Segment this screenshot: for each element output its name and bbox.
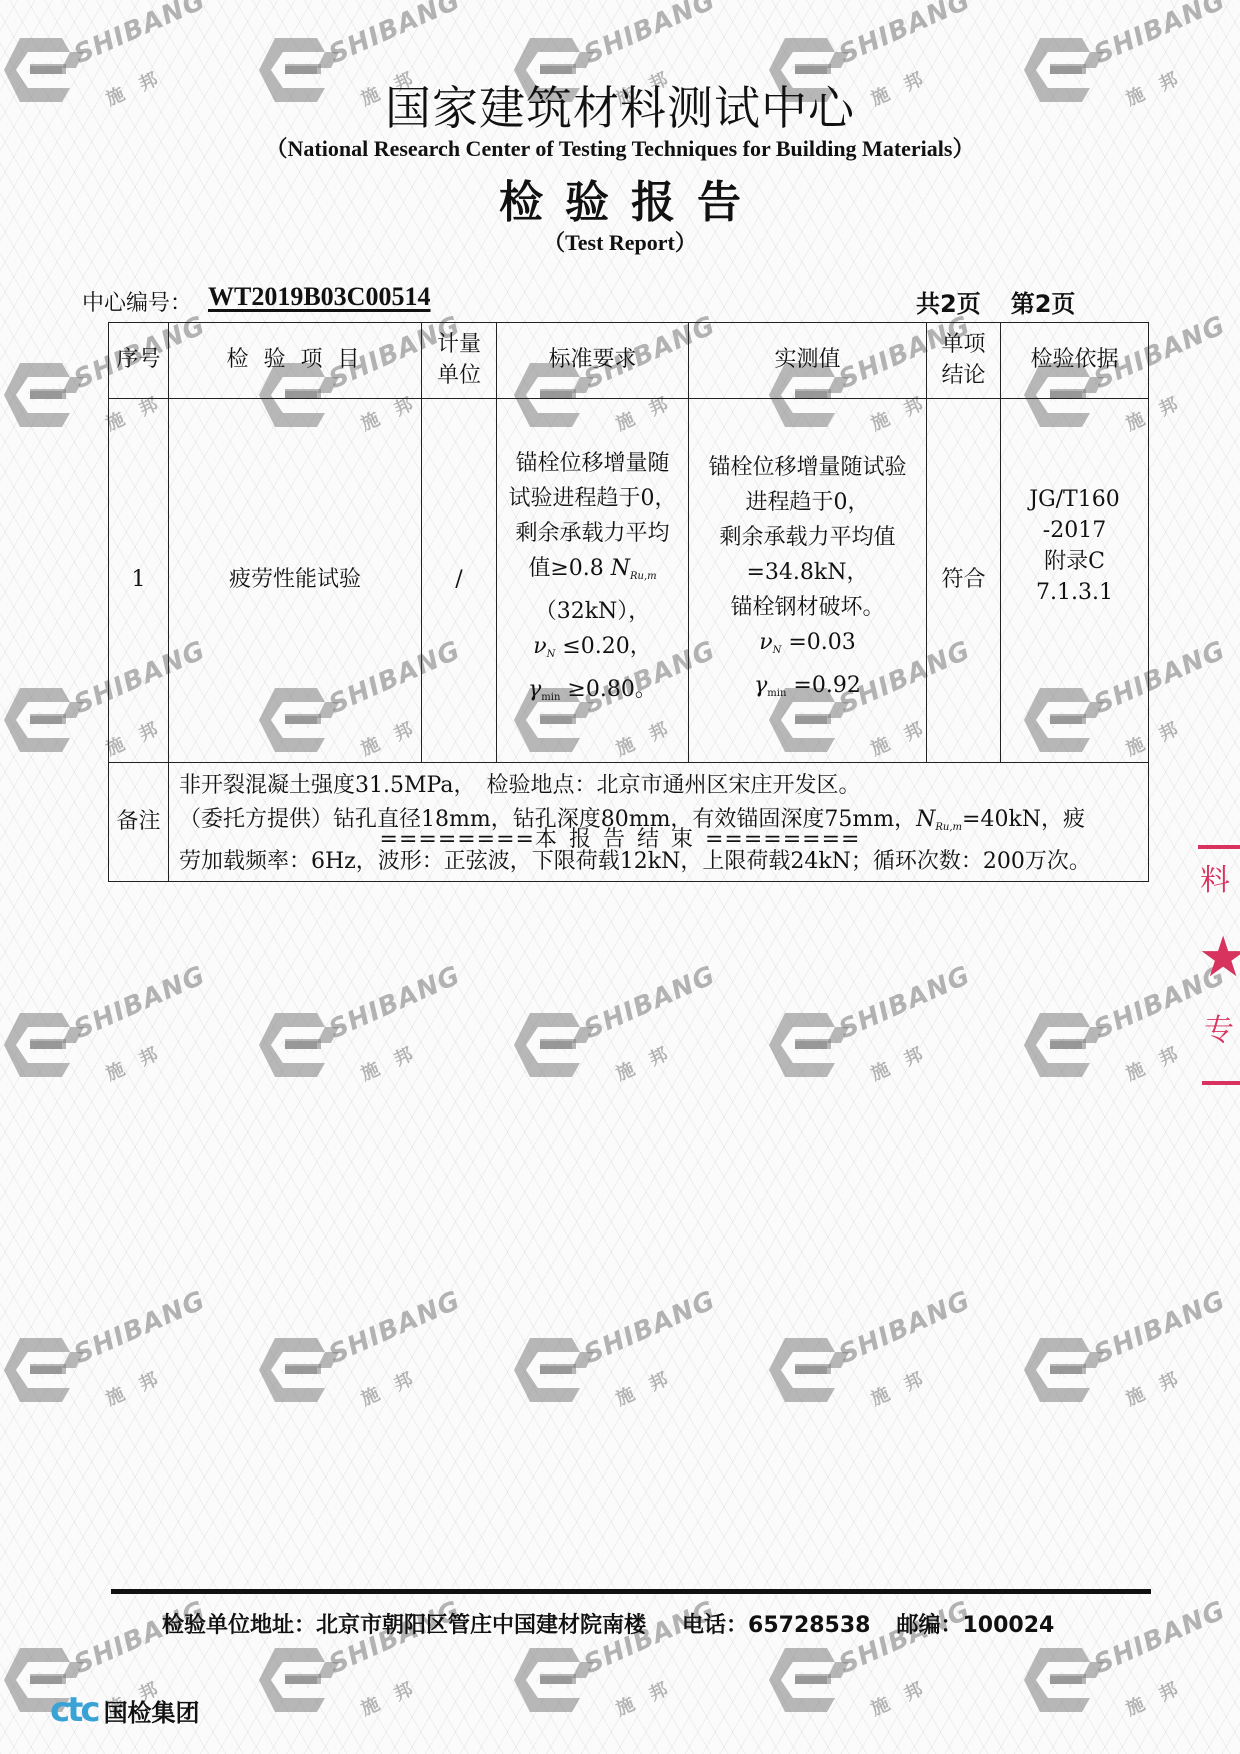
official-seal-stamp: 料 ★ 专 [1198,845,1240,1085]
header-measured: 实测值 [689,323,927,399]
stamp-arc-bottom [1202,1081,1240,1085]
footer-phone: 电话：65728538 [682,1613,870,1638]
report-title-en: （Test Report） [0,226,1240,257]
symbol-nu: ν [759,630,772,655]
stamp-text-bottom: 专 [1204,1005,1234,1049]
test-results-table: 序号 检 验 项 目 计量单位 标准要求 实测值 单项结论 检验依据 1 疲劳性… [108,322,1149,882]
header-conclusion: 单项结论 [927,323,1001,399]
end-marker-text: 本报告结束 [535,827,705,852]
cell-basis: JG/T160 -2017 附录C 7.1.3.1 [1001,399,1149,763]
footer-contact: 检验单位地址：北京市朝阳区管庄中国建材院南楼电话：65728538邮编：1000… [162,1608,1054,1639]
requirement-text: 值≥0.8 [528,556,610,581]
measured-line: 进程趋于0， [689,485,926,520]
symbol-n: N [611,556,630,581]
header-requirement: 标准要求 [497,323,689,399]
measured-line: =34.8kN， [689,555,926,590]
end-of-report-marker: ========本报告结束======== [0,822,1240,853]
header-unit-line1: 计量 [422,330,496,361]
cell-conclusion: 符合 [927,399,1001,763]
footer-postcode: 邮编：100024 [896,1613,1054,1638]
header-unit: 计量单位 [422,323,497,399]
measured-line: 锚栓钢材破坏。 [689,590,926,625]
requirement-line: 试验进程趋于0， [497,481,688,516]
cell-seq: 1 [109,399,169,763]
header-unit-line2: 单位 [422,361,496,392]
total-pages: 共2页 [916,290,981,318]
measured-line: νN =0.03 [689,625,926,668]
requirement-line: 剩余承载力平均 [497,516,688,551]
cell-measured: 锚栓位移增量随试验 进程趋于0， 剩余承载力平均值 =34.8kN， 锚栓钢材破… [689,399,927,763]
end-marker-left: ======== [380,827,535,852]
end-marker-right: ======== [705,827,860,852]
measured-text: =0.92 [786,673,860,698]
remarks-line: 非开裂混凝土强度31.5MPa， 检验地点：北京市通州区宋庄开发区。 [179,769,1142,803]
measured-line: 锚栓位移增量随试验 [689,450,926,485]
requirement-text: ≥0.80。 [560,677,656,702]
test-report-page: 国家建筑材料测试中心 （National Research Center of … [0,0,1240,1754]
requirement-line: νN ≤0.20， [497,629,688,672]
symbol-subscript: min [541,692,560,703]
basis-line: 附录C [1001,546,1148,577]
ctc-logo-icon: ctc [50,1690,98,1730]
header-basis: 检验依据 [1001,323,1149,399]
header-item: 检 验 项 目 [169,323,422,399]
header-seq: 序号 [109,323,169,399]
basis-line: 7.1.3.1 [1001,577,1148,608]
cell-unit: / [422,399,497,763]
ctc-logo-text: 国检集团 [104,1693,200,1728]
symbol-nu: ν [533,634,546,659]
stamp-star-icon: ★ [1198,925,1240,990]
basis-line: -2017 [1001,515,1148,546]
center-number: WT2019B03C00514 [208,282,430,312]
symbol-gamma: γ [528,677,541,702]
requirement-line: γmin ≥0.80。 [497,672,688,715]
requirement-text: ≤0.20， [555,634,651,659]
symbol-subscript: min [767,688,786,699]
footer-divider [111,1589,1151,1594]
table-row: 1 疲劳性能试验 / 锚栓位移增量随 试验进程趋于0， 剩余承载力平均 值≥0.… [109,399,1149,763]
basis-line: JG/T160 [1001,484,1148,515]
header-conclusion-line1: 单项 [927,330,1000,361]
table-header-row: 序号 检 验 项 目 计量单位 标准要求 实测值 单项结论 检验依据 [109,323,1149,399]
requirement-line: 锚栓位移增量随 [497,446,688,481]
center-number-label: 中心编号： [82,286,192,317]
header-conclusion-line2: 结论 [927,361,1000,392]
cell-requirement: 锚栓位移增量随 试验进程趋于0， 剩余承载力平均 值≥0.8 NRu,m （32… [497,399,689,763]
symbol-gamma: γ [754,673,767,698]
measured-text: =0.03 [781,630,855,655]
measured-line: 剩余承载力平均值 [689,520,926,555]
measured-line: γmin =0.92 [689,668,926,711]
cell-item: 疲劳性能试验 [169,399,422,763]
organization-title-en: （National Research Center of Testing Tec… [0,132,1240,163]
footer-address: 检验单位地址：北京市朝阳区管庄中国建材院南楼 [162,1613,646,1638]
symbol-subscript: Ru,m [630,571,657,582]
organization-title: 国家建筑材料测试中心 [0,72,1240,138]
page-indicator: 共2页第2页 [916,284,1075,319]
ctc-logo: ctc 国检集团 [50,1690,200,1730]
requirement-line: 值≥0.8 NRu,m [497,551,688,594]
requirement-line: （32kN）， [497,594,688,629]
stamp-text-top: 料 [1200,855,1230,899]
report-title: 检验报告 [0,166,1240,230]
current-page: 第2页 [1011,290,1076,318]
stamp-arc-top [1198,845,1240,849]
